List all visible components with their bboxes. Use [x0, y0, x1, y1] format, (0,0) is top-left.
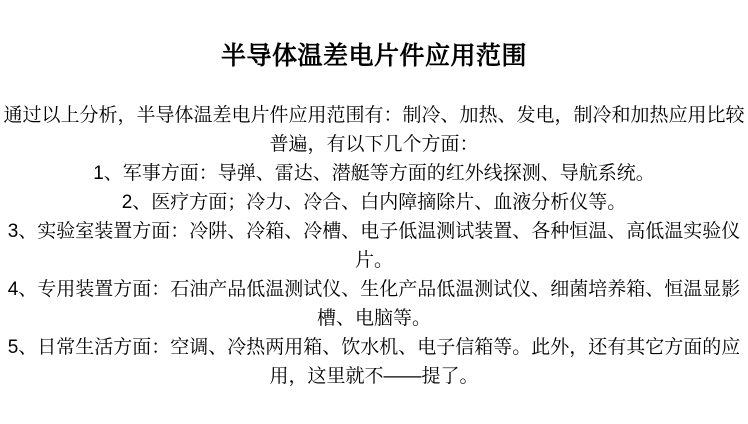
list-item-4-line-2: 槽、电脑等。 — [0, 304, 748, 333]
list-item-1-line-1: 1、军事方面：导弹、雷达、潜艇等方面的红外线探测、导航系统。 — [0, 159, 748, 188]
intro-line-2: 普遍，有以下几个方面： — [0, 130, 748, 159]
list-item-3: 3、实验室装置方面：冷阱、冷箱、冷槽、电子低温测试装置、各种恒温、高低温实验仪 … — [0, 217, 748, 275]
list-item-5: 5、日常生活方面：空调、冷热两用箱、饮水机、电子信箱等。此外，还有其它方面的应 … — [0, 333, 748, 391]
document-page: 半导体温差电片件应用范围 通过以上分析，半导体温差电片件应用范围有：制冷、加热、… — [0, 0, 748, 424]
list-item-3-line-1: 3、实验室装置方面：冷阱、冷箱、冷槽、电子低温测试装置、各种恒温、高低温实验仪 — [0, 217, 748, 246]
list-item-1: 1、军事方面：导弹、雷达、潜艇等方面的红外线探测、导航系统。 — [0, 159, 748, 188]
list-item-2: 2、医疗方面；冷力、冷合、白内障摘除片、血液分析仪等。 — [0, 188, 748, 217]
list-item-2-line-1: 2、医疗方面；冷力、冷合、白内障摘除片、血液分析仪等。 — [0, 188, 748, 217]
list-item-5-line-1: 5、日常生活方面：空调、冷热两用箱、饮水机、电子信箱等。此外，还有其它方面的应 — [0, 333, 748, 362]
list-item-4: 4、专用装置方面：石油产品低温测试仪、生化产品低温测试仪、细菌培养箱、恒温显影 … — [0, 275, 748, 333]
list-item-4-line-1: 4、专用装置方面：石油产品低温测试仪、生化产品低温测试仪、细菌培养箱、恒温显影 — [0, 275, 748, 304]
list-item-5-line-2: 用，这里就不——提了。 — [0, 362, 748, 391]
intro-line-1: 通过以上分析，半导体温差电片件应用范围有：制冷、加热、发电，制冷和加热应用比较 — [0, 101, 748, 130]
list-item-3-line-2: 片。 — [0, 246, 748, 275]
intro-paragraph: 通过以上分析，半导体温差电片件应用范围有：制冷、加热、发电，制冷和加热应用比较 … — [0, 101, 748, 159]
document-body: 通过以上分析，半导体温差电片件应用范围有：制冷、加热、发电，制冷和加热应用比较 … — [0, 101, 748, 391]
page-title: 半导体温差电片件应用范围 — [0, 43, 748, 69]
